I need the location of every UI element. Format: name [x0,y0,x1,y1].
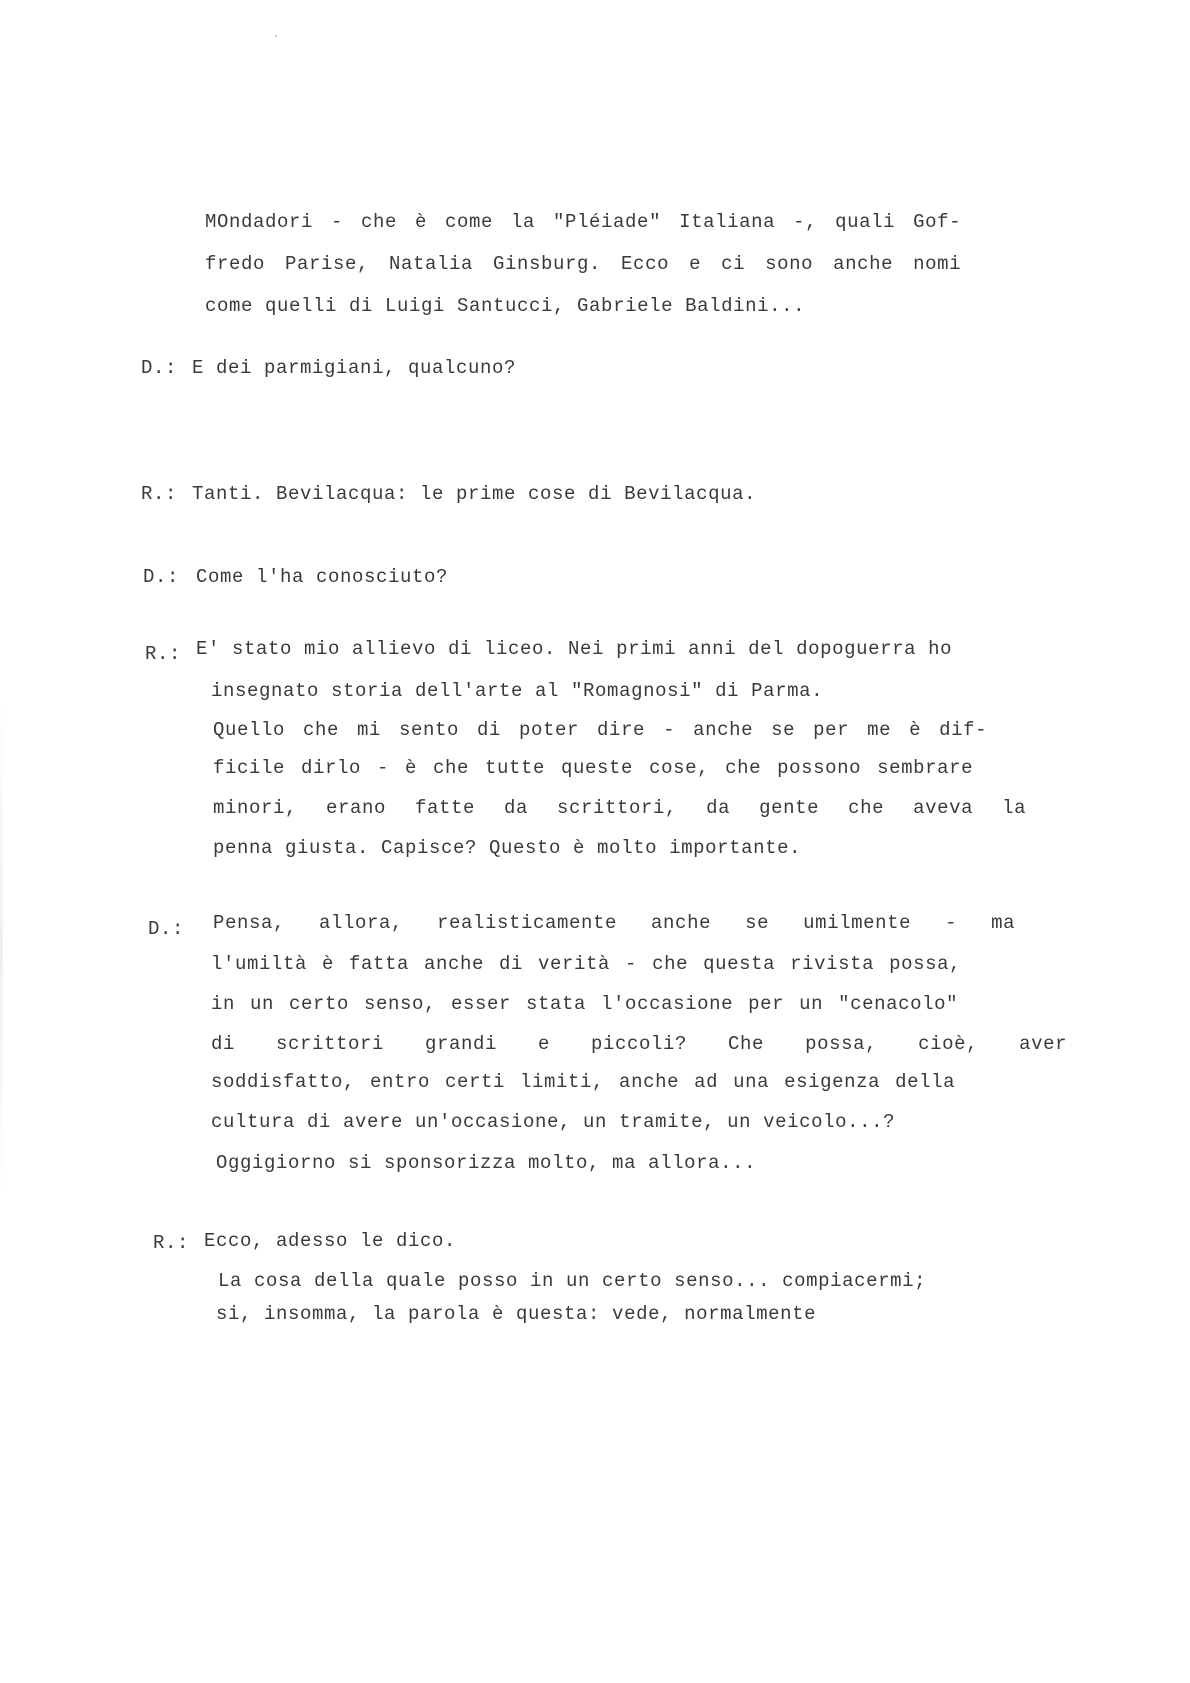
text-line: Tanti. Bevilacqua: le prime cose di Bevi… [192,483,756,505]
text-line: fredo Parise, Natalia Ginsburg. Ecco e c… [205,253,961,275]
speaker-label: D.: [141,357,177,379]
text-line: Pensa, allora, realisticamente anche se … [213,912,1015,934]
speaker-label: R.: [141,483,177,505]
text-line: in un certo senso, esser stata l'occasio… [211,993,958,1015]
document-page: MOndadori - che è come la "Pléiade" Ital… [0,0,1190,1683]
text-line: penna giusta. Capisce? Questo è molto im… [213,837,801,859]
text-line: cultura di avere un'occasione, un tramit… [211,1111,895,1133]
text-line: Oggigiorno si sponsorizza molto, ma allo… [216,1152,756,1174]
text-line: soddisfatto, entro certi limiti, anche a… [211,1071,955,1093]
text-line: ficile dirlo - è che tutte queste cose, … [213,757,973,779]
text-line: minori, erano fatte da scrittori, da gen… [213,797,1026,819]
text-line: Quello che mi sento di poter dire - anch… [213,719,987,741]
text-line: di scrittori grandi e piccoli? Che possa… [211,1033,1067,1055]
text-line: E' stato mio allievo di liceo. Nei primi… [196,638,952,660]
scan-edge-shadow [0,700,3,1200]
text-line: MOndadori - che è come la "Pléiade" Ital… [205,211,961,233]
text-line: La cosa della quale posso in un certo se… [218,1270,926,1292]
speaker-label: R.: [153,1232,189,1254]
text-line: E dei parmigiani, qualcuno? [192,357,516,379]
speaker-label: D.: [148,918,184,940]
text-line: l'umiltà è fatta anche di verità - che q… [211,953,961,975]
scan-speck [275,35,277,37]
text-line: Come l'ha conosciuto? [196,566,448,588]
text-line: si, insomma, la parola è questa: vede, n… [216,1303,816,1325]
speaker-label: R.: [145,643,181,665]
speaker-label: D.: [143,566,179,588]
text-line: Ecco, adesso le dico. [204,1230,456,1252]
text-line: insegnato storia dell'arte al "Romagnosi… [211,680,823,702]
text-line: come quelli di Luigi Santucci, Gabriele … [205,295,805,317]
